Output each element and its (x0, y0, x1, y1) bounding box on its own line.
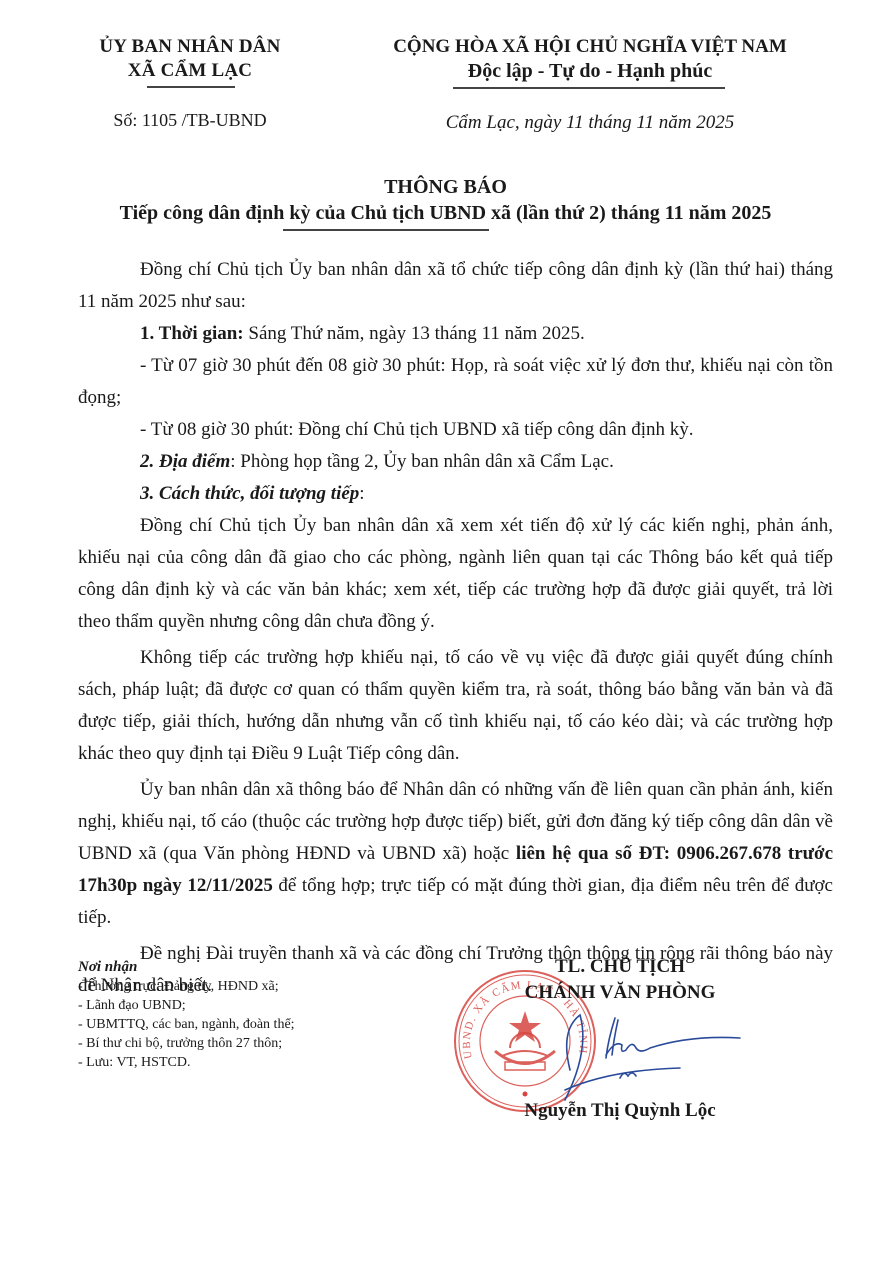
signature-line-2: CHÁNH VĂN PHÒNG (470, 980, 770, 1006)
title-subheading: Tiếp công dân định kỳ của Chủ tịch UBND … (40, 200, 851, 226)
title-heading: THÔNG BÁO (40, 174, 851, 200)
method-paragraph-1: Đồng chí Chủ tịch Ủy ban nhân dân xã xem… (78, 510, 833, 638)
motto-underline (453, 87, 725, 89)
recipient-item: - Lưu: VT, HSTCD. (78, 1053, 418, 1072)
time-item-2: - Từ 08 giờ 30 phút: Đồng chí Chủ tịch U… (78, 414, 833, 446)
agency-line-1: ỦY BAN NHÂN DÂN (60, 35, 320, 59)
method-suffix: : (359, 483, 364, 504)
document-date: Cẩm Lạc, ngày 11 tháng 11 năm 2025 (330, 112, 850, 134)
nation-name: CỘNG HÒA XÃ HỘI CHỦ NGHĨA VIỆT NAM (330, 35, 850, 59)
agency-underline (147, 86, 235, 88)
place-label: 2. Địa điểm (140, 451, 230, 472)
title-underline (283, 229, 489, 231)
recipient-item: - Lãnh đạo UBND; (78, 996, 418, 1015)
time-item-1: - Từ 07 giờ 30 phút đến 08 giờ 30 phút: … (78, 350, 833, 414)
document-body: Đồng chí Chủ tịch Ủy ban nhân dân xã tổ … (78, 254, 833, 1002)
recipients-heading: Nơi nhận (78, 958, 418, 977)
issuing-agency: ỦY BAN NHÂN DÂN XÃ CẨM LẠC (60, 35, 320, 83)
method-label: 3. Cách thức, đối tượng tiếp (140, 483, 359, 504)
national-header: CỘNG HÒA XÃ HỘI CHỦ NGHĨA VIỆT NAM Độc l… (330, 35, 850, 83)
time-label: 1. Thời gian: (140, 323, 244, 344)
method-section: 3. Cách thức, đối tượng tiếp: (78, 478, 833, 510)
agency-line-2: XÃ CẨM LẠC (60, 59, 320, 83)
recipient-item: - Bí thư chi bộ, trưởng thôn 27 thôn; (78, 1034, 418, 1053)
recipient-item: - UBMTTQ, các ban, ngành, đoàn thể; (78, 1015, 418, 1034)
method-paragraph-2: Không tiếp các trường hợp khiếu nại, tố … (78, 642, 833, 770)
place-value: : Phòng họp tầng 2, Ủy ban nhân dân xã C… (230, 451, 614, 472)
national-motto: Độc lập - Tự do - Hạnh phúc (330, 59, 850, 83)
document-title: THÔNG BÁO Tiếp công dân định kỳ của Chủ … (40, 174, 851, 226)
signature-title: TL. CHỦ TỊCH CHÁNH VĂN PHÒNG (470, 954, 770, 1006)
handwritten-signature-icon (560, 1010, 760, 1110)
intro-paragraph: Đồng chí Chủ tịch Ủy ban nhân dân xã tổ … (78, 254, 833, 318)
recipient-item: - Thường trực: Đảng ủy, HĐND xã; (78, 977, 418, 996)
document-number: Số: 1105 /TB-UBND (60, 110, 320, 131)
place-section: 2. Địa điểm: Phòng họp tầng 2, Ủy ban nh… (78, 446, 833, 478)
signer-name: Nguyễn Thị Quỳnh Lộc (470, 1100, 770, 1122)
time-section: 1. Thời gian: Sáng Thứ năm, ngày 13 thán… (78, 318, 833, 350)
signature-line-1: TL. CHỦ TỊCH (470, 954, 770, 980)
time-value: Sáng Thứ năm, ngày 13 tháng 11 năm 2025. (244, 323, 585, 344)
notice-paragraph: Ủy ban nhân dân xã thông báo để Nhân dân… (78, 774, 833, 934)
recipients-block: Nơi nhận - Thường trực: Đảng ủy, HĐND xã… (78, 958, 418, 1072)
